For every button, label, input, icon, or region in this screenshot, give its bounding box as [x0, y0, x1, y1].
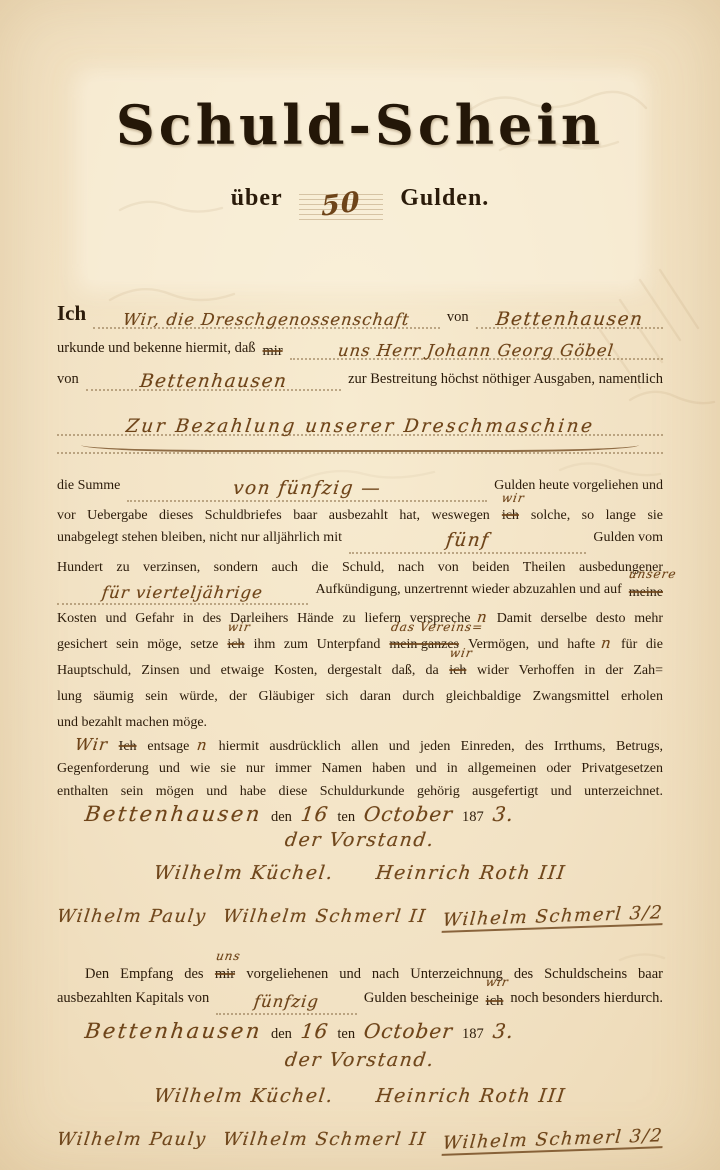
handwritten-fill: von fünfzig —: [232, 476, 383, 502]
printed-text: den: [271, 809, 292, 826]
document-line: Bettenhausen den 16 ten October 187 3.: [57, 802, 663, 829]
corrected-word: ichwir: [227, 631, 244, 658]
printed-text: gesichert sein möge, setze: [57, 637, 218, 652]
printed-text: Ich: [57, 301, 86, 329]
printed-text: Vermögen, und hafte: [468, 637, 595, 652]
struck-text: mein ganzes: [389, 637, 459, 652]
blank-line: [57, 438, 663, 454]
handwritten-text: 16: [299, 802, 329, 826]
printed-text: enthalten sein mögen und habe diese Schu…: [57, 784, 663, 799]
handwritten-fill: Bettenhausen: [86, 368, 341, 391]
document-line: Wir Ich entsage n hiermit ausdrücklich a…: [57, 734, 663, 757]
corrected-word: ichwir: [486, 987, 504, 1016]
printed-text: ausbezahlten Kapitals von: [57, 985, 209, 1016]
handwritten-fill: fünfzig: [216, 985, 357, 1016]
handwritten-text: 16: [299, 1019, 329, 1043]
handwritten-text: Wilhelm Pauly: [56, 906, 208, 927]
document-line: Ich Wir, die Dreschgenossenschaft von Be…: [57, 298, 663, 329]
document-line: Wilhelm Küchel. Heinrich Roth III: [57, 1079, 663, 1119]
document-line: Zur Bezahlung unserer Dreschmaschine: [57, 401, 663, 436]
handwritten-fill: fünfzig: [252, 988, 320, 1016]
printed-text: Gulden bescheinige: [364, 985, 479, 1016]
handwritten-text: Wilhelm Schmerl II: [222, 1129, 428, 1150]
superscript-correction: wir: [227, 621, 252, 633]
handwritten-text: Bettenhausen: [84, 802, 264, 826]
superscript-correction: unsere: [628, 568, 678, 580]
corrected-word: Ich: [119, 735, 137, 759]
handwritten-text: Heinrich Roth III: [375, 1085, 568, 1107]
section-receipt: Den Empfang des miruns vorgeliehenen und…: [57, 960, 663, 1015]
handwritten-text: Wilhelm Schmerl II: [222, 906, 428, 927]
amount-ruled-blank: 50: [299, 190, 383, 220]
printed-text: unabgelegt stehen bleiben, nicht nur all…: [57, 525, 342, 554]
document-line: gesichert sein möge, setze ichwir ihm zu…: [57, 631, 663, 657]
handwritten-text: Wilhelm Pauly: [56, 1129, 208, 1150]
printed-text: 187: [462, 809, 484, 826]
struck-text: Ich: [119, 739, 137, 754]
amount-line: über 50 Gulden.: [57, 185, 663, 220]
handwritten-text: der Vorstand.: [284, 1049, 436, 1071]
printed-text: und bezahlt machen möge.: [57, 715, 207, 730]
printed-text: Aufkündigung, unzertrennt wieder abzuzah…: [315, 577, 621, 606]
printed-text: für die: [621, 637, 663, 652]
handwritten-text: Wilhelm Schmerl 3/2: [442, 902, 665, 933]
document-line: Hauptschuld, Zinsen und etwaige Kosten, …: [57, 657, 663, 683]
document-line: lung säumig sein würde, der Gläubiger si…: [57, 683, 663, 709]
handwritten-fill: Wir, die Dreschgenossenschaft: [93, 307, 440, 329]
ink-flourish: [81, 438, 639, 452]
handwritten-fill: uns Herr Johann Georg Göbel: [337, 341, 615, 360]
document-line: Wilhelm Küchel. Heinrich Roth III: [57, 856, 663, 896]
printed-text: die Summe: [57, 473, 120, 502]
document-line: enthalten sein mögen und habe diese Schu…: [57, 780, 663, 803]
printed-text: zur Bestreitung höchst nöthiger Ausgaben…: [348, 371, 663, 391]
handwritten-fill: von fünfzig —: [127, 473, 487, 502]
printed-text: noch besonders hierdurch.: [510, 985, 663, 1016]
handwritten-text: October: [363, 802, 455, 826]
printed-text: von: [447, 309, 469, 329]
document-heading: Schuld-Schein über 50 Gulden.: [57, 96, 663, 220]
document-line: Den Empfang des miruns vorgeliehenen und…: [57, 960, 663, 988]
document-line: urkunde und bekenne hiermit, daß mir uns…: [57, 329, 663, 360]
section-date1: Bettenhausen den 16 ten October 187 3. d…: [57, 802, 663, 948]
handwritten-fill: für vierteljährige: [101, 580, 265, 606]
document-line: für vierteljährige Aufkündigung, unzertr…: [57, 580, 663, 606]
handwritten-fill: Bettenhausen: [494, 309, 644, 330]
document-line: Kosten und Gefahr in des Darleihers Händ…: [57, 605, 663, 631]
handwritten-fill: Bettenhausen: [138, 371, 288, 392]
document-line: unabgelegt stehen bleiben, nicht nur all…: [57, 528, 663, 554]
superscript-correction: das Vereins=: [390, 621, 484, 633]
corrected-word: meineunsere: [629, 579, 663, 606]
printed-text: Gulden vom: [593, 525, 663, 554]
struck-text: ich: [227, 637, 244, 652]
printed-text: vor Uebergabe dieses Schuldbriefes baar …: [57, 508, 490, 523]
corrected-word: mir: [263, 342, 283, 360]
printed-text: ihm zum Unterpfand: [254, 637, 381, 652]
handwritten-text: der Vorstand.: [284, 829, 436, 851]
document-line: Wilhelm Pauly Wilhelm Schmerl II Wilhelm…: [57, 896, 663, 948]
struck-text: meine: [629, 585, 663, 603]
struck-text: ich: [502, 508, 519, 523]
schuldschein-document: Schuld-Schein über 50 Gulden. Ich Wir, d…: [0, 0, 720, 1170]
printed-text: den: [271, 1026, 292, 1043]
document-line: die Summe von fünfzig — Gulden heute vor…: [57, 476, 663, 502]
handwritten-fill: fünf: [349, 525, 586, 554]
printed-text: solche, so lange sie: [531, 508, 663, 523]
struck-text: ich: [486, 993, 504, 1012]
handwritten-text: Wilhelm Küchel.: [153, 862, 335, 884]
printed-text: ten: [337, 809, 355, 826]
printed-text: Gegenforderung und wie sie nur immer Nam…: [57, 761, 663, 776]
document-line: der Vorstand.: [57, 829, 663, 856]
handwritten-fill: für vierteljährige: [57, 577, 308, 606]
document-line: Wilhelm Pauly Wilhelm Schmerl II Wilhelm…: [57, 1119, 663, 1170]
document-title: Schuld-Schein: [57, 96, 663, 155]
handwritten-addition: n: [196, 734, 209, 757]
printed-text: von: [57, 371, 79, 391]
printed-text: urkunde und bekenne hiermit, daß: [57, 340, 256, 360]
superscript-correction: wir: [501, 492, 526, 504]
printed-text: Hauptschuld, Zinsen und etwaige Kosten, …: [57, 663, 439, 678]
corrected-word: ichwir: [449, 657, 466, 684]
handwritten-text: Bettenhausen: [84, 1019, 264, 1043]
section-date2: Bettenhausen den 16 ten October 187 3. d…: [57, 1019, 663, 1170]
handwritten-fill: Zur Bezahlung unserer Dreschmaschine: [124, 416, 595, 437]
handwritten-text: 3.: [491, 1019, 515, 1043]
printed-text: ten: [337, 1026, 355, 1043]
document-line: [57, 436, 663, 454]
superscript-correction: uns: [215, 950, 242, 962]
struck-text: mir: [215, 966, 235, 982]
document-line: Bettenhausen den 16 ten October 187 3.: [57, 1019, 663, 1049]
handwritten-text: Wilhelm Schmerl 3/2: [442, 1125, 665, 1156]
struck-text: ich: [449, 663, 466, 678]
handwritten-fill: Zur Bezahlung unserer Dreschmaschine: [57, 413, 663, 436]
printed-text: Den Empfang des: [85, 966, 204, 982]
handwritten-text: Wir: [74, 734, 110, 757]
handwritten-fill: Wir, die Dreschgenossenschaft: [122, 310, 411, 329]
document-line: von Bettenhausen zur Bestreitung höchst …: [57, 360, 663, 391]
amount-line-pre: über: [231, 185, 283, 211]
document-content: Schuld-Schein über 50 Gulden. Ich Wir, d…: [0, 0, 720, 1170]
document-body: Ich Wir, die Dreschgenossenschaft von Be…: [57, 298, 663, 1170]
handwritten-text: 3.: [491, 802, 515, 826]
section-terms: die Summe von fünfzig — Gulden heute vor…: [57, 476, 663, 734]
printed-text: hiermit ausdrücklich allen und jeden Ein…: [219, 739, 663, 754]
superscript-correction: wir: [448, 647, 473, 659]
handwritten-text: October: [363, 1019, 455, 1043]
handwritten-text: Wilhelm Küchel.: [153, 1085, 335, 1107]
handwritten-fill: Bettenhausen: [476, 306, 663, 329]
document-line: und bezahlt machen möge.: [57, 709, 663, 735]
document-line: Gegenforderung und wie sie nur immer Nam…: [57, 757, 663, 780]
handwritten-amount: 50: [321, 188, 361, 224]
superscript-correction: wir: [485, 976, 510, 988]
section-intro: Ich Wir, die Dreschgenossenschaft von Be…: [57, 298, 663, 454]
handwritten-text: Heinrich Roth III: [375, 862, 568, 884]
section-waiver: Wir Ich entsage n hiermit ausdrücklich a…: [57, 734, 663, 802]
printed-text: lung säumig sein würde, der Gläubiger si…: [57, 689, 663, 704]
amount-line-post: Gulden.: [400, 185, 489, 211]
printed-text: wider Verhoffen in der Zah=: [477, 663, 663, 678]
printed-text: 187: [462, 1026, 484, 1043]
handwritten-addition: n: [600, 631, 614, 657]
printed-text: vorgeliehenen und nach Unterzeichnung de…: [246, 966, 663, 982]
printed-text: entsage: [147, 739, 189, 754]
handwritten-fill: fünf: [444, 528, 491, 554]
printed-text: Hundert zu verzinsen, sondern auch die S…: [57, 560, 663, 575]
document-line: der Vorstand.: [57, 1049, 663, 1079]
document-line: ausbezahlten Kapitals von fünfzig Gulden…: [57, 988, 663, 1016]
handwritten-fill: uns Herr Johann Georg Göbel: [290, 338, 663, 360]
printed-text: Damit derselbe desto mehr: [497, 611, 663, 626]
